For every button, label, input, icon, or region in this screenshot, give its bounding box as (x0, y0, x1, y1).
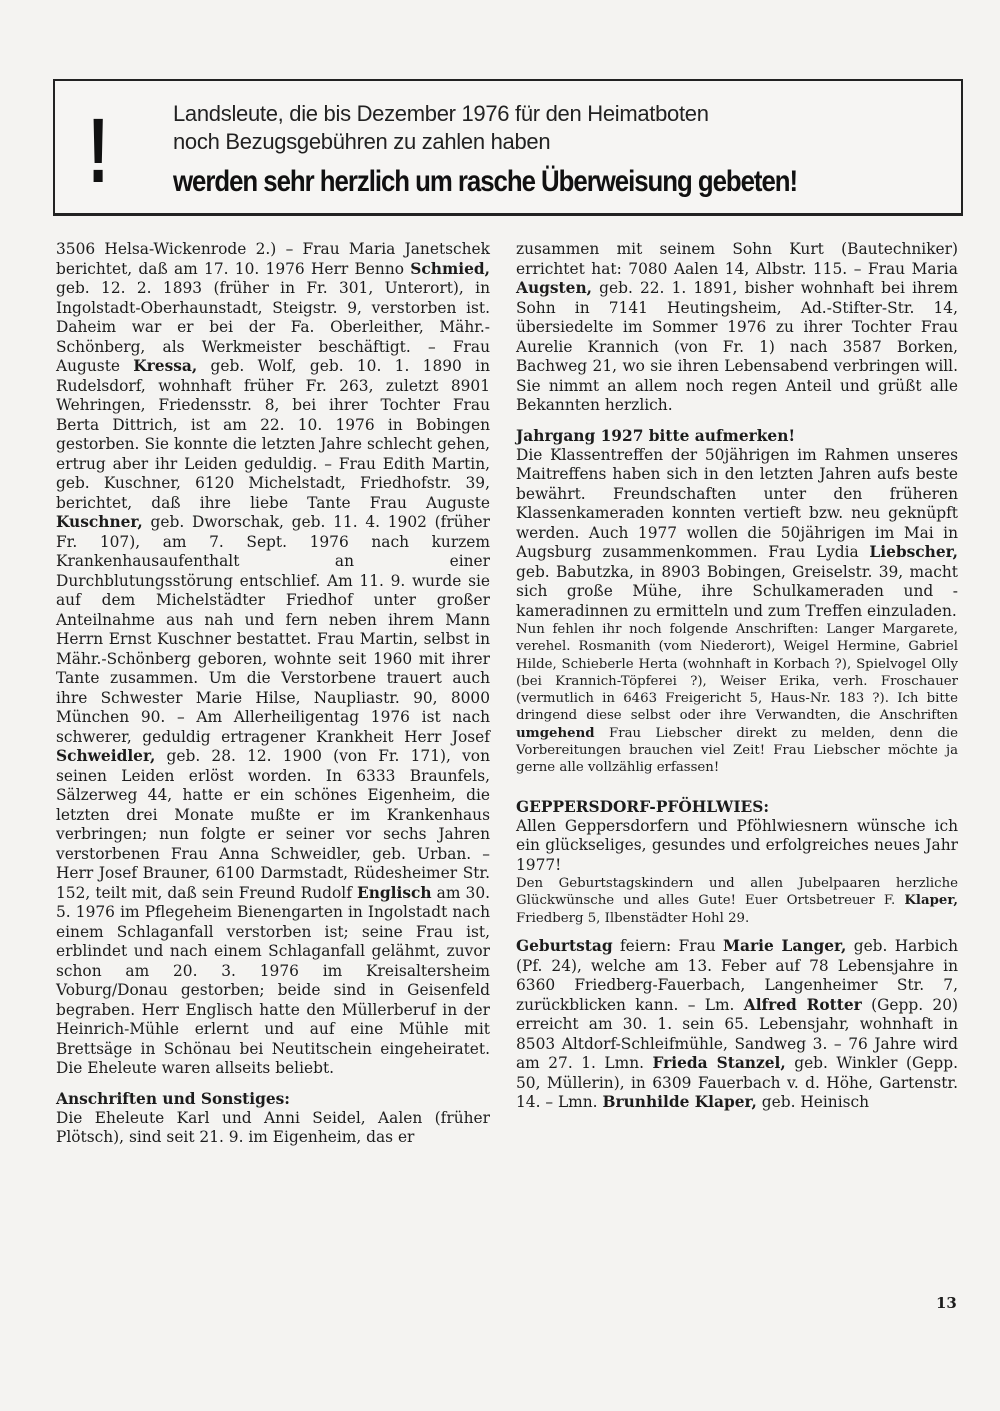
notice-line-2: noch Bezugsgebühren zu zahlen haben (173, 129, 550, 155)
name-augsten: Augsten, (516, 279, 592, 297)
left-column: 3506 Helsa-Wickenrode 2.) – Frau Maria J… (56, 240, 490, 1148)
name-kressa: Kressa, (133, 357, 197, 375)
notice-line-1: Landsleute, die bis Dezember 1976 für de… (173, 101, 709, 127)
heading-geppersdorf: GEPPERSDORF-PFÖHLWIES: (516, 797, 958, 817)
emphasis-umgehend: umgehend (516, 726, 595, 741)
heading-anschriften: Anschriften und Sonstiges: (56, 1089, 490, 1109)
missing-addresses-paragraph: Nun fehlen ihr noch folgende Anschriften… (516, 621, 958, 777)
name-schweidler: Schweidler, (56, 747, 155, 765)
name-kuschner: Kuschner, (56, 513, 143, 531)
name-englisch: Englisch (357, 884, 432, 902)
page-number: 13 (936, 1294, 957, 1312)
new-year-wishes-paragraph: Allen Geppersdorfern und Pföhlwiesnern w… (516, 817, 958, 876)
obituaries-paragraph: 3506 Helsa-Wickenrode 2.) – Frau Maria J… (56, 240, 490, 1079)
name-marie-langer: Marie Langer, (723, 937, 846, 955)
name-frieda-stanzel: Frieda Stanzel, (653, 1054, 786, 1072)
payment-reminder-notice: ! Landsleute, die bis Dezember 1976 für … (53, 79, 963, 216)
notice-headline: werden sehr herzlich um rasche Überweisu… (173, 165, 797, 199)
right-column: zusammen mit seinem Sohn Kurt (Bautechni… (516, 240, 958, 1113)
anschriften-paragraph: Die Eheleute Karl und Anni Seidel, Aalen… (56, 1109, 490, 1148)
name-brunhilde-klaper: Brunhilde Klaper, (602, 1093, 756, 1111)
name-schmied: Schmied, (410, 260, 490, 278)
heading-jahrgang-1927: Jahrgang 1927 bitte aufmerken! (516, 426, 958, 446)
exclamation-icon: ! (88, 101, 109, 201)
birthday-wishes-paragraph: Den Geburtstagskindern und allen Jubelpa… (516, 875, 958, 927)
klassentreffen-paragraph: Die Klassentreffen der 50jährigen im Rah… (516, 446, 958, 622)
label-geburtstag: Geburtstag (516, 937, 613, 955)
augsten-paragraph: zusammen mit seinem Sohn Kurt (Bautechni… (516, 240, 958, 416)
name-alfred-rotter: Alfred Rotter (744, 996, 862, 1014)
name-klaper: Klaper, (904, 893, 958, 908)
birthdays-paragraph: Geburtstag feiern: Frau Marie Langer, ge… (516, 937, 958, 1113)
name-liebscher: Liebscher, (869, 543, 958, 561)
